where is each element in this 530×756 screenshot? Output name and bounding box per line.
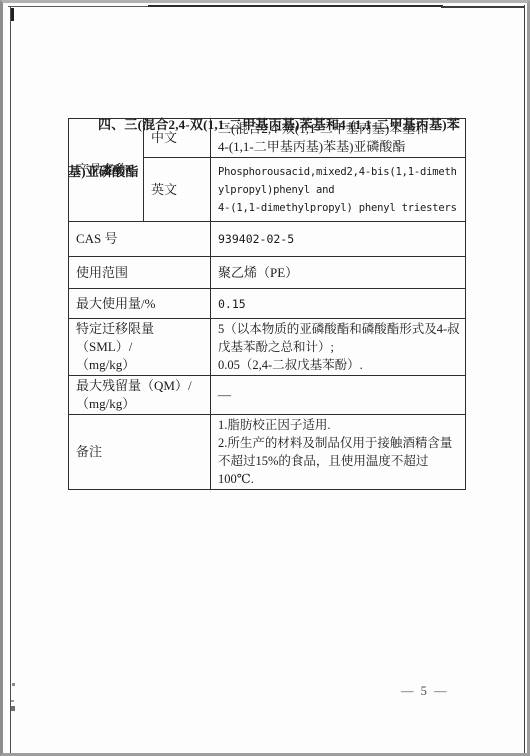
scan-edge-artifact	[441, 6, 525, 8]
scan-edge-artifact	[10, 7, 11, 753]
table-row-qm: 最大残留量（QM）/ （mg/kg） —	[69, 376, 466, 415]
sml-value: 5（以本物质的亚磷酸酯和磷酸酯形式及4-叔 戊基苯酚之总和计）; 0.05（2,…	[211, 319, 466, 376]
remarks-label: 备注	[69, 415, 211, 490]
scan-speck	[11, 700, 14, 702]
table-row-usage-scope: 使用范围 聚乙烯（PE）	[69, 257, 466, 289]
qm-value: —	[211, 376, 466, 415]
scan-edge-artifact	[8, 6, 148, 7]
max-usage-label: 最大使用量/%	[69, 289, 211, 319]
table-row-remarks: 备注 1.脂肪校正因子适用. 2.所生产的材料及制品仅用于接触酒精含量 不超过1…	[69, 415, 466, 490]
sml-label: 特定迁移限量（SML）/ （mg/kg）	[69, 319, 211, 376]
english-name-value: Phosphorousacid,mixed2,4-bis(1,1-dimeth …	[211, 158, 466, 222]
scan-edge-artifact	[524, 5, 525, 753]
table-row-cas: CAS 号 939402-02-5	[69, 222, 466, 257]
usage-scope-label: 使用范围	[69, 257, 211, 289]
scan-speck	[12, 683, 15, 686]
chinese-label: 中文	[144, 119, 211, 158]
page-number: — 5 —	[401, 684, 449, 699]
scan-speck	[11, 706, 15, 711]
qm-label: 最大残留量（QM）/ （mg/kg）	[69, 376, 211, 415]
max-usage-value: 0.15	[211, 289, 466, 319]
chinese-name-value: 三(混合2,4-双(1,1-二甲基丙基)苯基和 4-(1,1-二甲基丙基)苯基)…	[211, 119, 466, 158]
product-info-table: 产品名称 中文 三(混合2,4-双(1,1-二甲基丙基)苯基和 4-(1,1-二…	[68, 118, 466, 490]
usage-scope-value: 聚乙烯（PE）	[211, 257, 466, 289]
scanned-document-page: 四、三(混合2,4-双(1,1-二甲基丙基)苯基和4-(1,1-二甲基丙基)苯 …	[0, 0, 530, 756]
table-row-max-usage: 最大使用量/% 0.15	[69, 289, 466, 319]
table-row-product-name-cn: 产品名称 中文 三(混合2,4-双(1,1-二甲基丙基)苯基和 4-(1,1-二…	[69, 119, 466, 158]
scan-edge-artifact	[148, 5, 443, 7]
table-row-sml: 特定迁移限量（SML）/ （mg/kg） 5（以本物质的亚磷酸酯和磷酸酯形式及4…	[69, 319, 466, 376]
english-label: 英文	[144, 158, 211, 222]
product-name-label: 产品名称	[69, 119, 144, 222]
remarks-value: 1.脂肪校正因子适用. 2.所生产的材料及制品仅用于接触酒精含量 不超过15%的…	[211, 415, 466, 490]
scan-edge-artifact	[11, 8, 14, 21]
cas-value: 939402-02-5	[211, 222, 466, 257]
cas-label: CAS 号	[69, 222, 211, 257]
